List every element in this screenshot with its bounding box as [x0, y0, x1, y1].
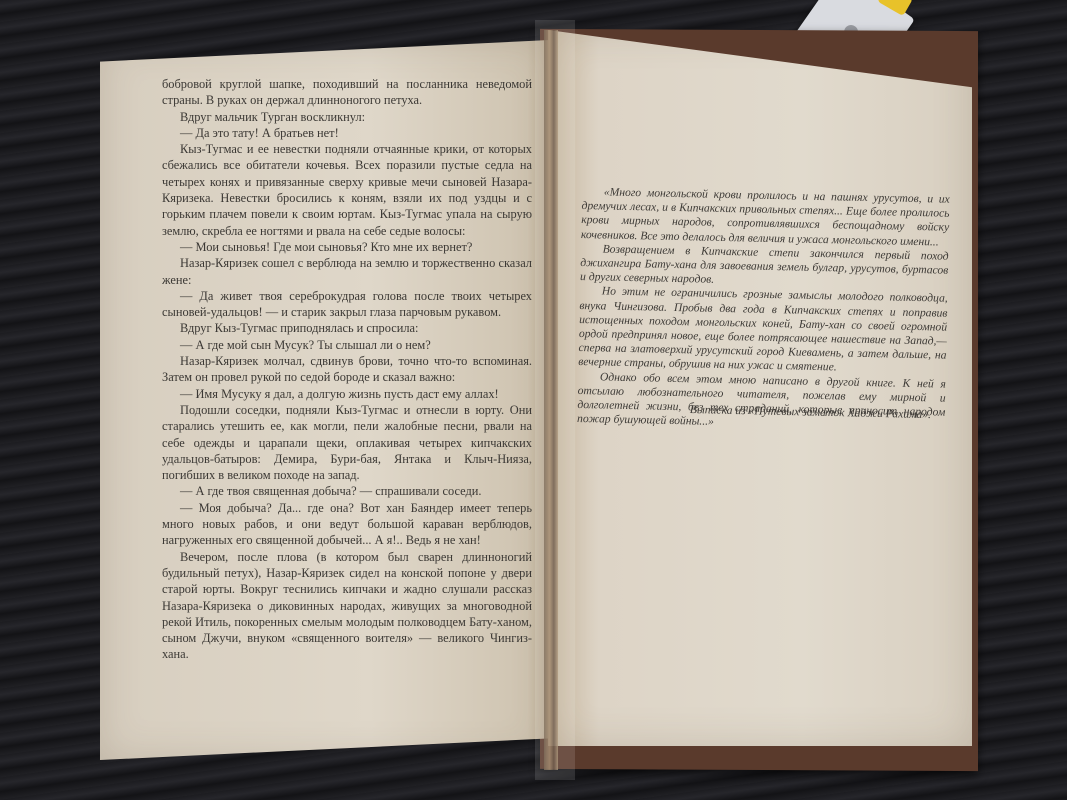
- paragraph: Назар-Кяризек сошел с верблюда на землю …: [162, 255, 532, 288]
- paragraph: Вдруг Кыз-Тугмас приподнялась и спросила…: [162, 320, 532, 336]
- paragraph: Вдруг мальчик Турган воскликнул:: [162, 109, 532, 125]
- paragraph: бобровой круглой шапке, походивший на по…: [162, 76, 532, 109]
- paragraph: — Моя добыча? Да... где она? Вот хан Бая…: [162, 500, 532, 549]
- paragraph: Но этим не ограничились грозные замыслы …: [578, 284, 948, 377]
- paragraph: — Да живет твоя сереброкудрая голова пос…: [162, 288, 532, 321]
- right-page-text: «Много монгольской крови пролилось и на …: [577, 185, 950, 434]
- paragraph: — Имя Мусуку я дал, а долгую жизнь пусть…: [162, 386, 532, 402]
- paragraph: Возвращением в Кипчакские степи закончил…: [580, 242, 949, 292]
- paragraph: Назар-Кяризек молчал, сдвинув брови, точ…: [162, 353, 532, 386]
- paragraph: «Много монгольской крови пролилось и на …: [581, 185, 950, 250]
- paragraph: Кыз-Тугмас и ее невестки подняли отчаянн…: [162, 141, 532, 239]
- left-page-text: бобровой круглой шапке, походивший на по…: [162, 76, 532, 663]
- paragraph: — А где мой сын Мусук? Ты слышал ли о не…: [162, 337, 532, 353]
- paragraph: — Мои сыновья! Где мои сыновья? Кто мне …: [162, 239, 532, 255]
- paragraph: Подошли соседки, подняли Кыз-Тугмас и от…: [162, 402, 532, 483]
- spine-tape: [535, 20, 575, 780]
- photo-scene: бобровой круглой шапке, походивший на по…: [0, 0, 1067, 800]
- paragraph: Однако обо всем этом мною написано в дру…: [577, 370, 946, 435]
- paragraph: — А где твоя священная добыча? — спрашив…: [162, 483, 532, 499]
- paragraph: — Да это тату! А братьев нет!: [162, 125, 532, 141]
- paragraph: Вечером, после плова (в котором был свар…: [162, 549, 532, 663]
